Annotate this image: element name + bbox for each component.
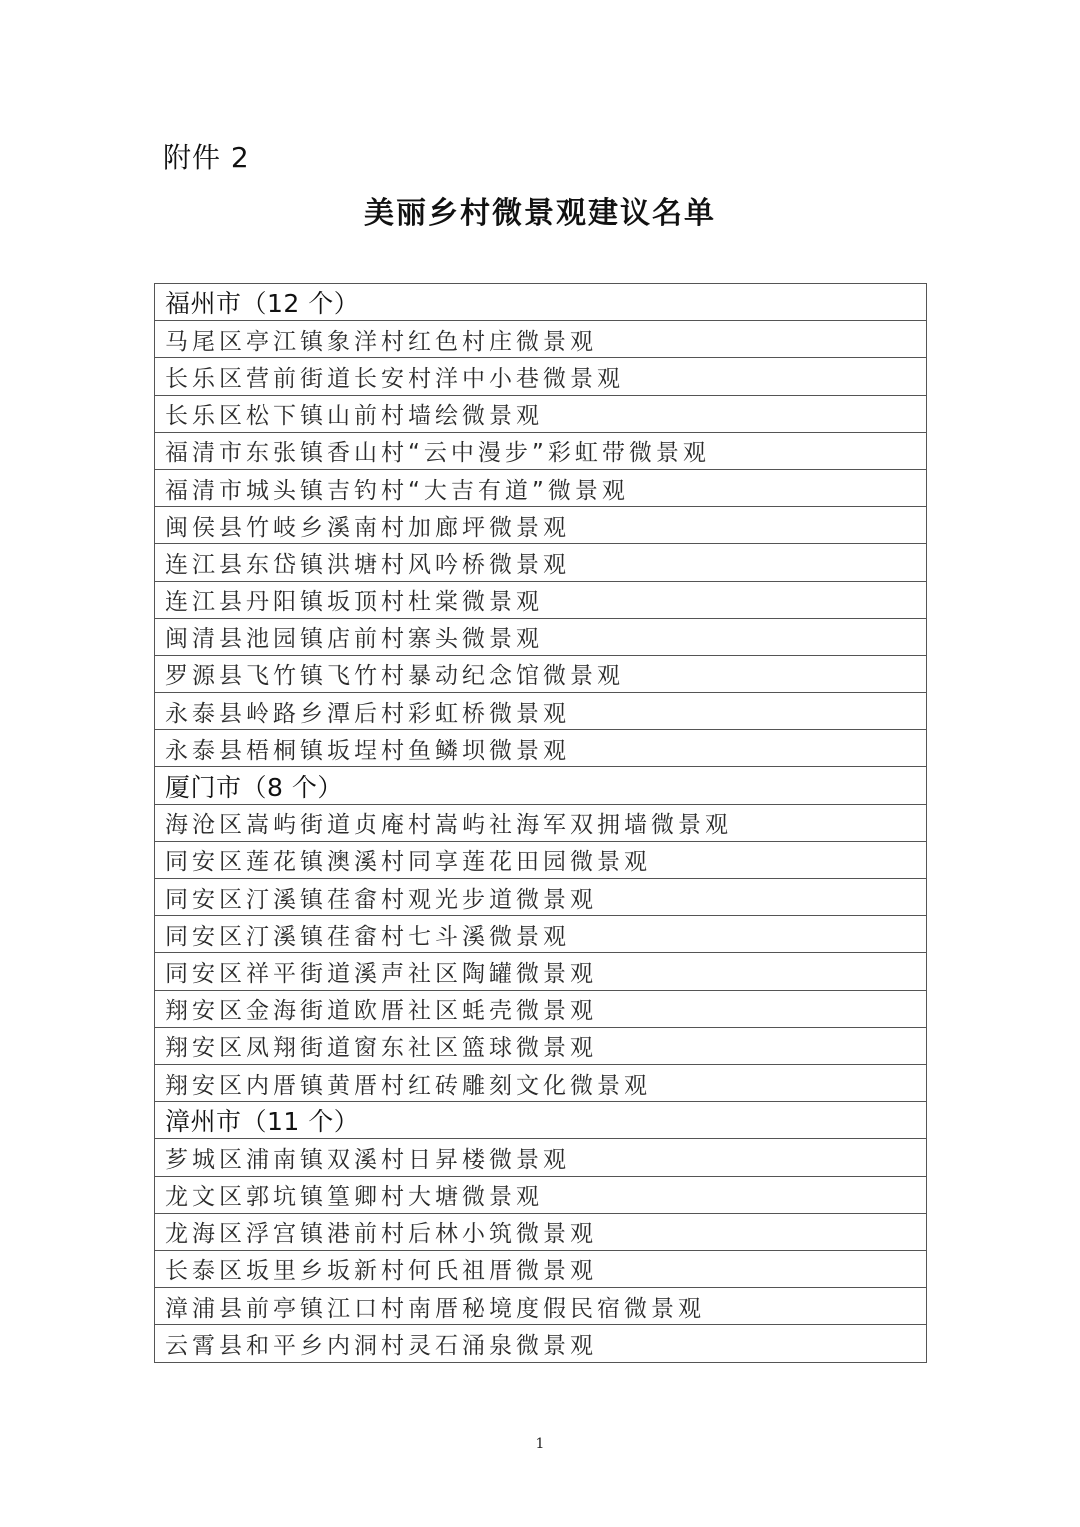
list-item: 翔安区凤翔街道窗东社区篮球微景观	[155, 1028, 926, 1065]
list-item: 福清市城头镇吉钓村“大吉有道”微景观	[155, 470, 926, 507]
list-item: 闽清县池园镇店前村寨头微景观	[155, 619, 926, 656]
list-item: 云霄县和平乡内洞村灵石涌泉微景观	[155, 1325, 926, 1362]
list-item: 连江县东岱镇洪塘村风吟桥微景观	[155, 544, 926, 581]
list-item: 永泰县岭路乡潭后村彩虹桥微景观	[155, 693, 926, 730]
list-item: 同安区汀溪镇荏畲村七斗溪微景观	[155, 916, 926, 953]
list-item: 芗城区浦南镇双溪村日昇楼微景观	[155, 1139, 926, 1176]
section-heading-fuzhou: 福州市（12 个）	[155, 284, 926, 321]
list-item: 罗源县飞竹镇飞竹村暴动纪念馆微景观	[155, 656, 926, 693]
list-item: 翔安区内厝镇黄厝村红砖雕刻文化微景观	[155, 1065, 926, 1102]
list-item: 漳浦县前亭镇江口村南厝秘境度假民宿微景观	[155, 1288, 926, 1325]
list-item: 龙海区浮宫镇港前村后林小筑微景观	[155, 1214, 926, 1251]
list-item: 同安区汀溪镇荏畲村观光步道微景观	[155, 879, 926, 916]
list-item: 闽侯县竹岐乡溪南村加廊坪微景观	[155, 507, 926, 544]
section-heading-zhangzhou: 漳州市（11 个）	[155, 1102, 926, 1139]
list-item: 马尾区亭江镇象洋村红色村庄微景观	[155, 321, 926, 358]
list-item: 海沧区嵩屿街道贞庵村嵩屿社海军双拥墙微景观	[155, 805, 926, 842]
list-item: 长乐区松下镇山前村墙绘微景观	[155, 396, 926, 433]
list-item: 长乐区营前街道长安村洋中小巷微景观	[155, 358, 926, 395]
attachment-label: 附件 2	[163, 138, 250, 178]
document-title: 美丽乡村微景观建议名单	[0, 190, 1080, 238]
recommendation-table: 福州市（12 个） 马尾区亭江镇象洋村红色村庄微景观 长乐区营前街道长安村洋中小…	[154, 283, 927, 1363]
section-heading-xiamen: 厦门市（8 个）	[155, 767, 926, 804]
page-number: 1	[0, 1436, 1080, 1452]
list-item: 长泰区坂里乡坂新村何氏祖厝微景观	[155, 1251, 926, 1288]
list-item: 永泰县梧桐镇坂埕村鱼鳞坝微景观	[155, 730, 926, 767]
list-item: 龙文区郭坑镇篁卿村大塘微景观	[155, 1177, 926, 1214]
list-item: 同安区莲花镇澳溪村同享莲花田园微景观	[155, 842, 926, 879]
list-item: 连江县丹阳镇坂顶村杜棠微景观	[155, 582, 926, 619]
list-item: 同安区祥平街道溪声社区陶罐微景观	[155, 953, 926, 990]
list-item: 福清市东张镇香山村“云中漫步”彩虹带微景观	[155, 433, 926, 470]
list-item: 翔安区金海街道欧厝社区蚝壳微景观	[155, 991, 926, 1028]
